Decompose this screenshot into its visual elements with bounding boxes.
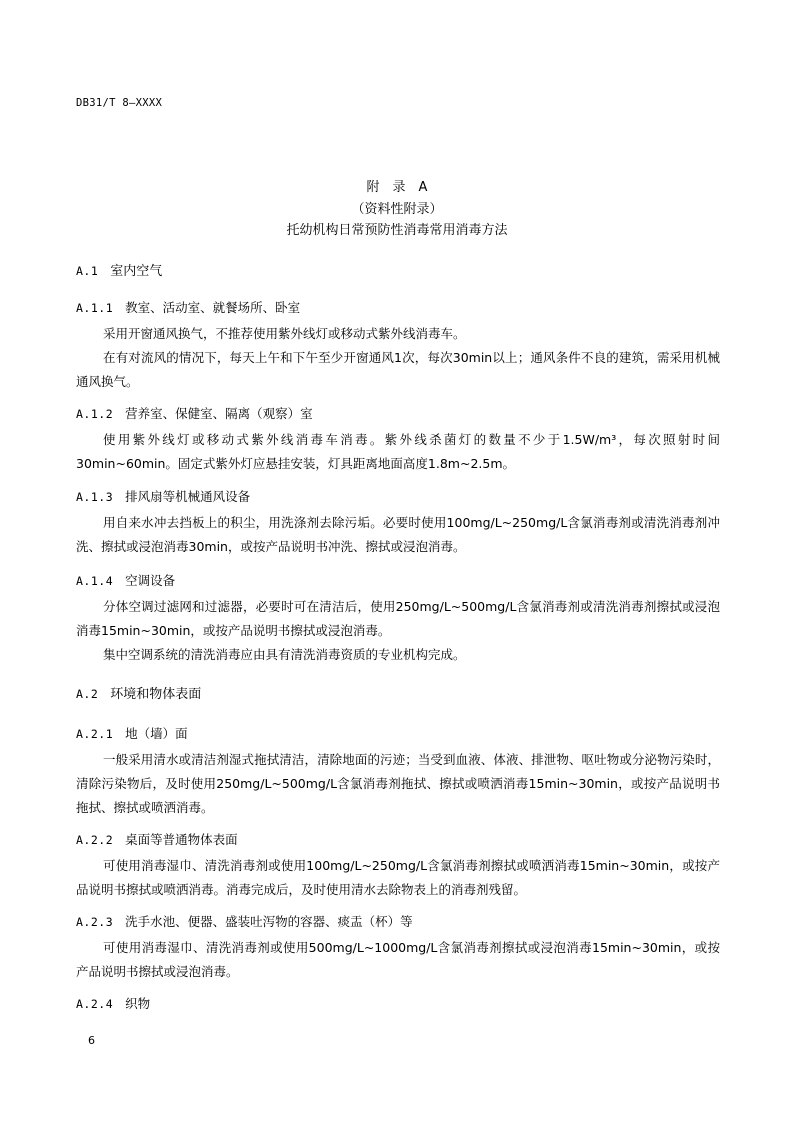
appendix-type: （资料性附录） — [0, 198, 794, 217]
subsection-number: A.1.3 — [76, 490, 113, 504]
subsection-title: 营养室、保健室、隔离（观察）室 — [125, 406, 313, 421]
appendix-label: 附 录 A — [0, 176, 794, 195]
section-title: 室内空气 — [110, 264, 162, 279]
appendix-title: 托幼机构日常预防性消毒常用消毒方法 — [0, 219, 794, 238]
subsection-heading-a23: A.2.3洗手水池、便器、盛装吐泻物的容器、痰盂（杯）等 — [76, 912, 413, 930]
subsection-heading-a22: A.2.2桌面等普通物体表面 — [76, 830, 238, 848]
subsection-number: A.2.4 — [76, 997, 113, 1011]
subsection-heading-a13: A.1.3排风扇等机械通风设备 — [76, 487, 250, 505]
section-heading-a1: A.1室内空气 — [76, 260, 162, 279]
paragraph-text: 分体空调过滤网和过滤器，必要时可在清洁后，使用250mg/L~500mg/L含氯… — [76, 595, 720, 643]
paragraph-text: 可使用消毒湿巾、清洗消毒剂或使用500mg/L~1000mg/L含氯消毒剂擦拭或… — [76, 936, 720, 984]
subsection-number: A.2.3 — [76, 915, 113, 929]
section-heading-a2: A.2环境和物体表面 — [76, 683, 201, 702]
paragraph-text: 采用开窗通风换气，不推荐使用紫外线灯或移动式紫外线消毒车。 — [76, 322, 720, 346]
section-number: A.1 — [76, 264, 98, 278]
subsection-heading-a11: A.1.1教室、活动室、就餐场所、卧室 — [76, 298, 300, 316]
subsection-number: A.1.1 — [76, 301, 113, 315]
paragraph-text: 在有对流风的情况下，每天上午和下午至少开窗通风1次，每次30min以上；通风条件… — [76, 346, 720, 394]
paragraph-a21: 一般采用清水或清洁剂湿式拖拭清洁，清除地面的污迹；当受到血液、体液、排泄物、呕吐… — [76, 748, 720, 820]
paragraph-text: 使用紫外线灯或移动式紫外线消毒车消毒。紫外线杀菌灯的数量不少于1.5W/m³，每… — [76, 428, 720, 476]
paragraph-text: 用自来水冲去挡板上的积尘，用洗涤剂去除污垢。必要时使用100mg/L~250mg… — [76, 511, 720, 559]
subsection-heading-a14: A.1.4空调设备 — [76, 571, 175, 589]
subsection-number: A.1.2 — [76, 407, 113, 421]
document-page: DB31/T 8—XXXX 附 录 A （资料性附录） 托幼机构日常预防性消毒常… — [0, 0, 794, 1123]
subsection-number: A.2.1 — [76, 727, 113, 741]
subsection-number: A.2.2 — [76, 833, 113, 847]
subsection-title: 洗手水池、便器、盛装吐泻物的容器、痰盂（杯）等 — [125, 914, 413, 929]
subsection-number: A.1.4 — [76, 574, 113, 588]
page-number: 6 — [88, 1034, 95, 1047]
paragraph-text: 集中空调系统的清洗消毒应由具有清洗消毒资质的专业机构完成。 — [76, 643, 720, 667]
paragraph-a13: 用自来水冲去挡板上的积尘，用洗涤剂去除污垢。必要时使用100mg/L~250mg… — [76, 511, 720, 559]
paragraph-text: 可使用消毒湿巾、清洗消毒剂或使用100mg/L~250mg/L含氯消毒剂擦拭或喷… — [76, 854, 720, 902]
standard-code: DB31/T 8—XXXX — [76, 97, 162, 109]
subsection-title: 排风扇等机械通风设备 — [125, 489, 250, 504]
paragraph-text: 一般采用清水或清洁剂湿式拖拭清洁，清除地面的污迹；当受到血液、体液、排泄物、呕吐… — [76, 748, 720, 820]
section-title: 环境和物体表面 — [110, 687, 201, 702]
subsection-title: 桌面等普通物体表面 — [125, 832, 238, 847]
subsection-title: 教室、活动室、就餐场所、卧室 — [125, 300, 300, 315]
subsection-title: 地（墙）面 — [125, 726, 188, 741]
paragraph-a22: 可使用消毒湿巾、清洗消毒剂或使用100mg/L~250mg/L含氯消毒剂擦拭或喷… — [76, 854, 720, 902]
paragraph-a11: 采用开窗通风换气，不推荐使用紫外线灯或移动式紫外线消毒车。 在有对流风的情况下，… — [76, 322, 720, 394]
subsection-heading-a24: A.2.4织物 — [76, 994, 150, 1012]
subsection-title: 织物 — [125, 996, 150, 1011]
subsection-heading-a12: A.1.2营养室、保健室、隔离（观察）室 — [76, 404, 313, 422]
subsection-title: 空调设备 — [125, 573, 175, 588]
paragraph-a12: 使用紫外线灯或移动式紫外线消毒车消毒。紫外线杀菌灯的数量不少于1.5W/m³，每… — [76, 428, 720, 476]
section-number: A.2 — [76, 687, 98, 701]
paragraph-a23: 可使用消毒湿巾、清洗消毒剂或使用500mg/L~1000mg/L含氯消毒剂擦拭或… — [76, 936, 720, 984]
paragraph-a14: 分体空调过滤网和过滤器，必要时可在清洁后，使用250mg/L~500mg/L含氯… — [76, 595, 720, 667]
subsection-heading-a21: A.2.1地（墙）面 — [76, 724, 188, 742]
